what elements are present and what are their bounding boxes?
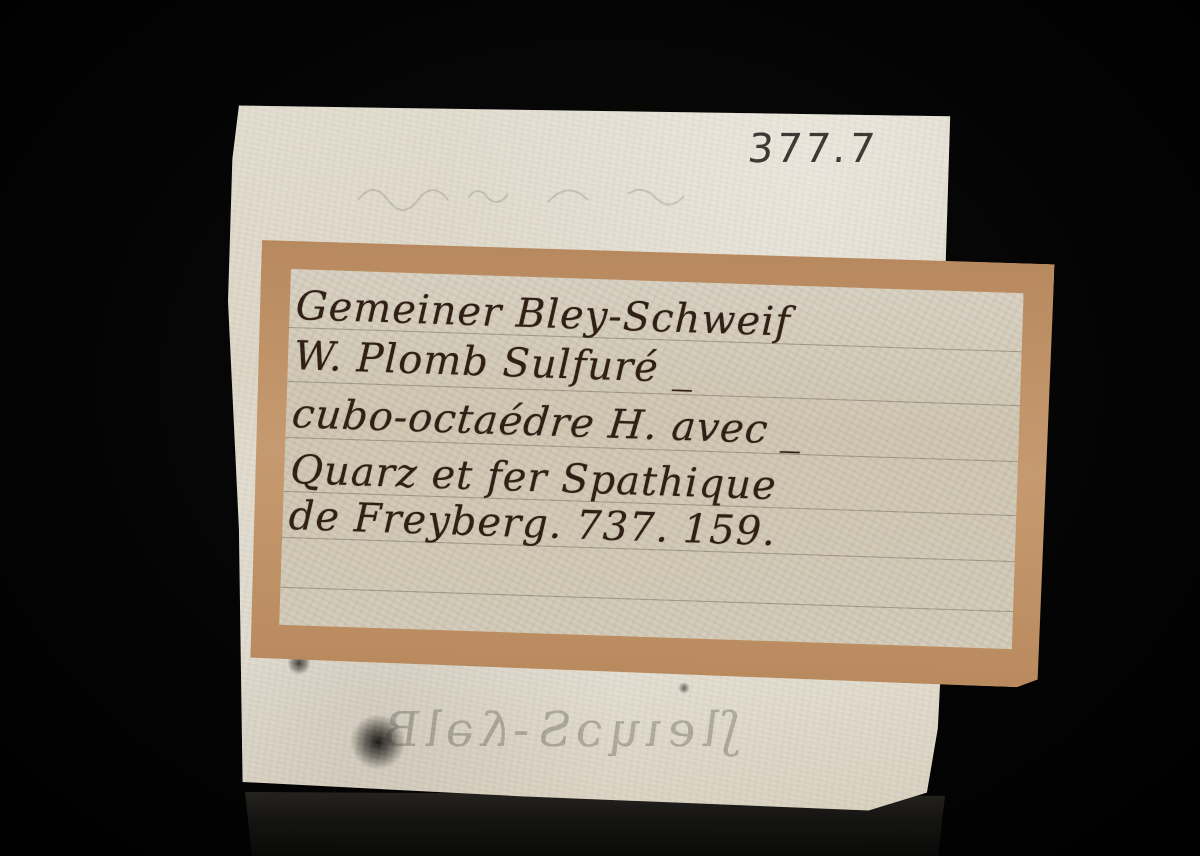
label-line-1: Gemeiner Bley-Schweif xyxy=(295,283,792,345)
specimen-label: Gemeiner Bley-Schweif W. Plomb Sulfuré _… xyxy=(248,238,1055,688)
label-line-5: de Freyberg. 737. 159. xyxy=(288,493,777,555)
label-line-4: Quarz et fer Spathique xyxy=(290,447,778,509)
ruled-line xyxy=(280,587,1013,612)
catalog-number: 377.7 xyxy=(746,126,880,172)
label-line-3: cubo-octaédre H. avec _ xyxy=(290,391,806,454)
ink-speck xyxy=(678,682,690,694)
faded-pencil-writing xyxy=(348,172,848,212)
ruled-line xyxy=(285,437,1018,462)
photo-scene: 377.7 ʃleıɥɔS-ʎəlB Gemeiner Bley-Schweif… xyxy=(0,0,1200,856)
label-line-2: W. Plomb Sulfuré _ xyxy=(293,333,694,392)
ruled-line xyxy=(287,381,1020,406)
ruled-line xyxy=(282,537,1015,562)
mirrored-bleed-through-text: ʃleıɥɔS-ʎəlB xyxy=(369,702,746,758)
label-paper: Gemeiner Bley-Schweif W. Plomb Sulfuré _… xyxy=(279,269,1023,649)
ruled-line xyxy=(284,491,1017,516)
ink-stain xyxy=(350,714,406,770)
ruled-line xyxy=(289,327,1022,352)
